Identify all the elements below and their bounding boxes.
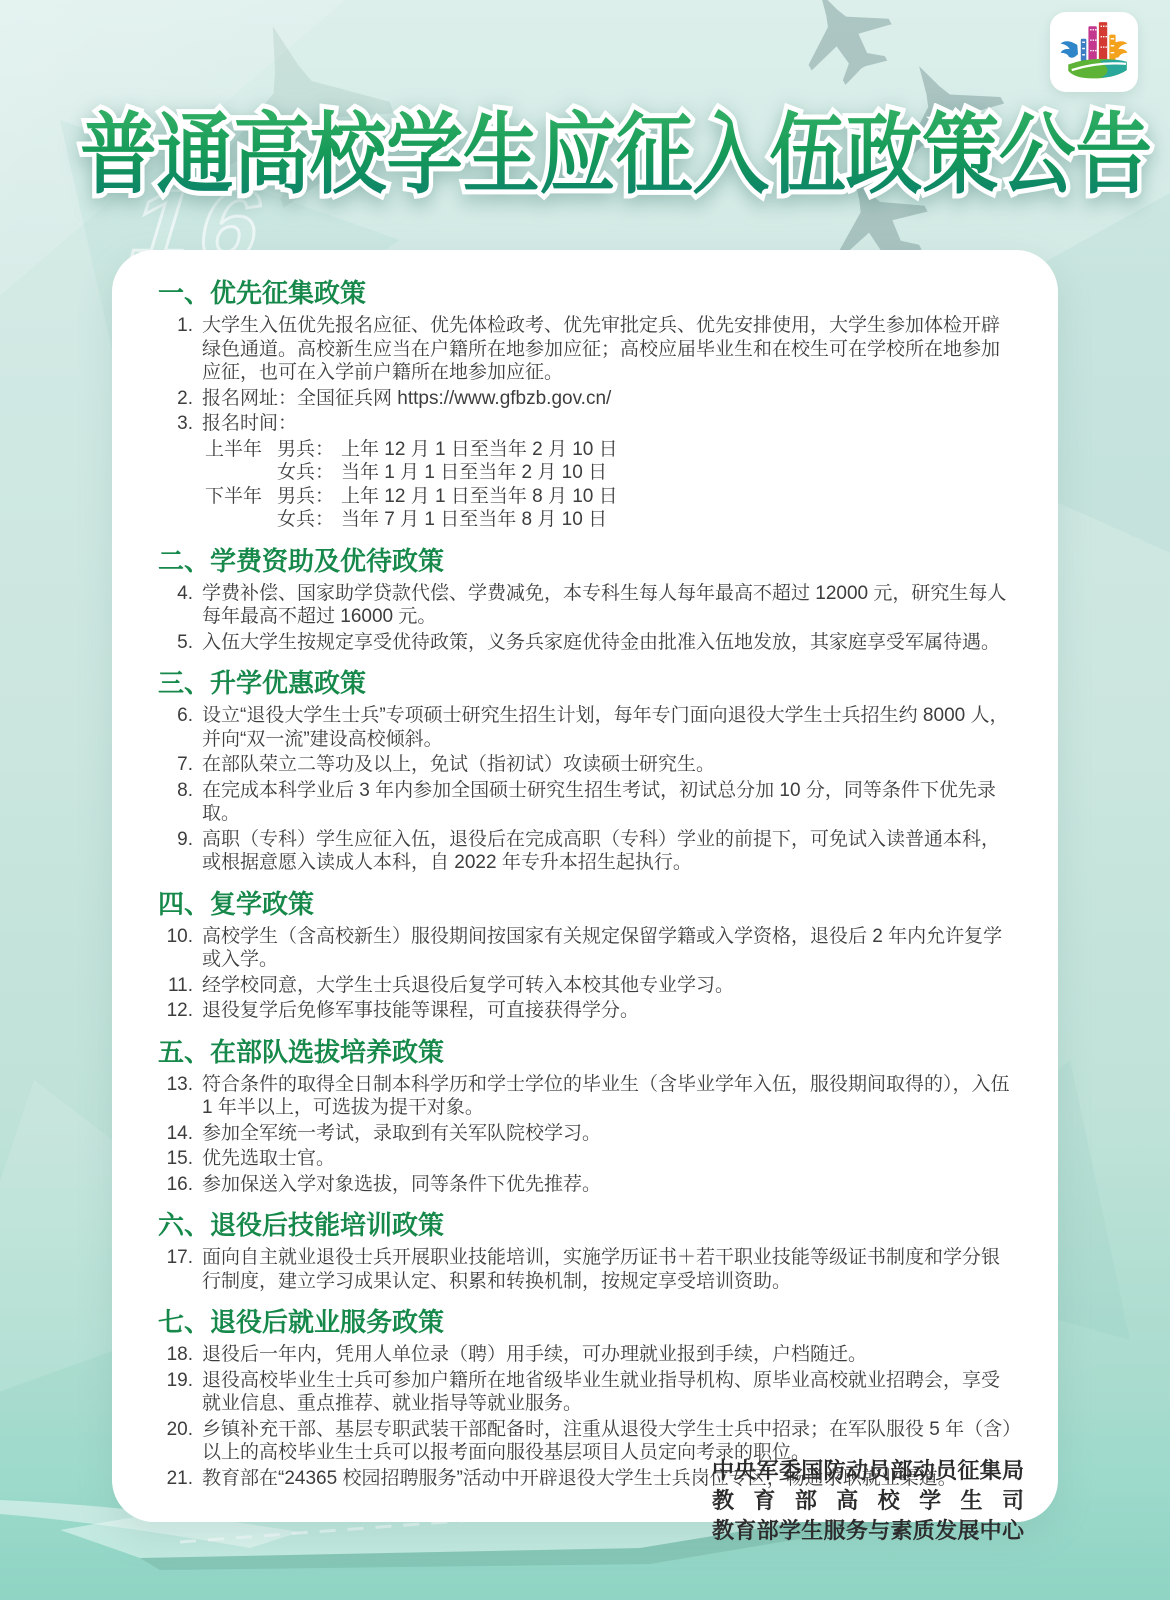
signature-block: 中央军委国防动员部动员征集局 教育部高校学生司 教育部学生服务与素质发展中心 (712, 1456, 1024, 1546)
item-number: 11. (161, 974, 193, 998)
item-text: 在部队荣立二等功及以上，免试（指初试）攻读硕士研究生。 (202, 753, 1012, 777)
item-number: 4. (161, 582, 193, 629)
item-text: 大学生入伍优先报名应征、优先体检政考、优先审批定兵、优先安排使用，大学生参加体检… (202, 314, 1012, 385)
page-title-text: 普通高校学生应征入伍政策公告 (80, 105, 1152, 204)
item-text: 符合条件的取得全日制本科学历和学士学位的毕业生（含毕业学年入伍，服役期间取得的）… (202, 1073, 1012, 1120)
section-heading: 二、学费资助及优待政策 (158, 546, 1012, 576)
policy-section: 一、优先征集政策 1.大学生入伍优先报名应征、优先体检政考、优先审批定兵、优先安… (158, 278, 1012, 532)
item-text: 高职（专科）学生应征入伍，退役后在完成高职（专科）学业的前提下，可免试入读普通本… (202, 828, 1012, 875)
policy-section: 五、在部队选拔培养政策 13.符合条件的取得全日制本科学历和学士学位的毕业生（含… (158, 1037, 1012, 1197)
schedule-period: 上半年 (205, 438, 277, 462)
schedule-period: 下半年 (205, 485, 277, 509)
item-number: 15. (161, 1147, 193, 1171)
signup-schedule: 上半年男兵：上年 12 月 1 日至当年 2 月 10 日女兵：当年 1 月 1… (205, 438, 1012, 532)
item-number: 12. (161, 999, 193, 1023)
policy-item: 11.经学校同意，大学生士兵退役后复学可转入本校其他专业学习。 (161, 974, 1012, 998)
schedule-dates: 当年 1 月 1 日至当年 2 月 10 日 (341, 461, 607, 485)
policy-item: 15.优先选取士官。 (161, 1147, 1012, 1171)
policy-item: 3.报名时间： (161, 412, 1012, 436)
item-text: 退役复学后免修军事技能等课程，可直接获得学分。 (202, 999, 1012, 1023)
item-text: 退役高校毕业生士兵可参加户籍所在地省级毕业生就业指导机构、原毕业高校就业招聘会，… (202, 1369, 1012, 1416)
sections: 一、优先征集政策 1.大学生入伍优先报名应征、优先体检政考、优先审批定兵、优先安… (158, 278, 1012, 1490)
schedule-dates: 上年 12 月 1 日至当年 2 月 10 日 (341, 438, 618, 462)
schedule-dates: 上年 12 月 1 日至当年 8 月 10 日 (341, 485, 618, 509)
schedule-row: 女兵：当年 7 月 1 日至当年 8 月 10 日 (205, 508, 1012, 532)
item-number: 19. (161, 1369, 193, 1416)
item-text: 报名网址：全国征兵网 https://www.gfbzb.gov.cn/ (202, 387, 1012, 411)
policy-section: 二、学费资助及优待政策 4.学费补偿、国家助学贷款代偿、学费减免，本专科生每人每… (158, 546, 1012, 655)
policy-item: 1.大学生入伍优先报名应征、优先体检政考、优先审批定兵、优先安排使用，大学生参加… (161, 314, 1012, 385)
schedule-period (205, 461, 277, 485)
item-number: 3. (161, 412, 193, 436)
item-number: 9. (161, 828, 193, 875)
policy-item: 18.退役后一年内，凭用人单位录（聘）用手续，可办理就业报到手续，户档随迁。 (161, 1343, 1012, 1367)
item-text: 参加保送入学对象选拔，同等条件下优先推荐。 (202, 1173, 1012, 1197)
campus-city-wings-logo-icon (1059, 20, 1129, 84)
section-heading: 一、优先征集政策 (158, 278, 1012, 308)
schedule-gender: 女兵： (277, 461, 341, 485)
schedule-gender: 男兵： (277, 438, 341, 462)
section-heading: 五、在部队选拔培养政策 (158, 1037, 1012, 1067)
section-heading: 七、退役后就业服务政策 (158, 1307, 1012, 1337)
policy-section: 三、升学优惠政策 6.设立“退役大学生士兵”专项硕士研究生招生计划，每年专门面向… (158, 668, 1012, 875)
policy-item: 9.高职（专科）学生应征入伍，退役后在完成高职（专科）学业的前提下，可免试入读普… (161, 828, 1012, 875)
item-text: 退役后一年内，凭用人单位录（聘）用手续，可办理就业报到手续，户档随迁。 (202, 1343, 1012, 1367)
section-heading: 四、复学政策 (158, 889, 1012, 919)
item-number: 10. (161, 925, 193, 972)
section-items: 13.符合条件的取得全日制本科学历和学士学位的毕业生（含毕业学年入伍，服役期间取… (158, 1073, 1012, 1197)
section-items: 1.大学生入伍优先报名应征、优先体检政考、优先审批定兵、优先安排使用，大学生参加… (158, 314, 1012, 532)
poster: { "title": "普通高校学生应征入伍政策公告", "watermark"… (0, 0, 1170, 1600)
schedule-row: 上半年男兵：上年 12 月 1 日至当年 2 月 10 日 (205, 438, 1012, 462)
policy-section: 六、退役后技能培训政策 17.面向自主就业退役士兵开展职业技能培训，实施学历证书… (158, 1210, 1012, 1293)
item-number: 18. (161, 1343, 193, 1367)
policy-item: 2.报名网址：全国征兵网 https://www.gfbzb.gov.cn/ (161, 387, 1012, 411)
item-text: 学费补偿、国家助学贷款代偿、学费减免，本专科生每人每年最高不超过 12000 元… (202, 582, 1012, 629)
policy-item: 5.入伍大学生按规定享受优待政策，义务兵家庭优待金由批准入伍地发放，其家庭享受军… (161, 631, 1012, 655)
item-text: 优先选取士官。 (202, 1147, 1012, 1171)
signature-line: 教育部高校学生司 (712, 1486, 1024, 1516)
schedule-gender: 女兵： (277, 508, 341, 532)
policy-item: 6.设立“退役大学生士兵”专项硕士研究生招生计划，每年专门面向退役大学生士兵招生… (161, 704, 1012, 751)
signature-line: 中央军委国防动员部动员征集局 (712, 1456, 1024, 1486)
item-text: 经学校同意，大学生士兵退役后复学可转入本校其他专业学习。 (202, 974, 1012, 998)
item-text: 设立“退役大学生士兵”专项硕士研究生招生计划，每年专门面向退役大学生士兵招生约 … (202, 704, 1012, 751)
item-number: 20. (161, 1418, 193, 1465)
policy-item: 7.在部队荣立二等功及以上，免试（指初试）攻读硕士研究生。 (161, 753, 1012, 777)
item-number: 7. (161, 753, 193, 777)
content-card: 一、优先征集政策 1.大学生入伍优先报名应征、优先体检政考、优先审批定兵、优先安… (112, 250, 1058, 1522)
policy-item: 16.参加保送入学对象选拔，同等条件下优先推荐。 (161, 1173, 1012, 1197)
policy-item: 10.高校学生（含高校新生）服役期间按国家有关规定保留学籍或入学资格，退役后 2… (161, 925, 1012, 972)
item-text: 入伍大学生按规定享受优待政策，义务兵家庭优待金由批准入伍地发放，其家庭享受军属待… (202, 631, 1012, 655)
item-number: 14. (161, 1122, 193, 1146)
section-heading: 六、退役后技能培训政策 (158, 1210, 1012, 1240)
policy-item: 14.参加全军统一考试，录取到有关军队院校学习。 (161, 1122, 1012, 1146)
item-number: 17. (161, 1246, 193, 1293)
schedule-row: 下半年男兵：上年 12 月 1 日至当年 8 月 10 日 (205, 485, 1012, 509)
emblem-card (1050, 12, 1138, 92)
schedule-dates: 当年 7 月 1 日至当年 8 月 10 日 (341, 508, 607, 532)
item-text: 面向自主就业退役士兵开展职业技能培训，实施学历证书＋若干职业技能等级证书制度和学… (202, 1246, 1012, 1293)
policy-item: 17.面向自主就业退役士兵开展职业技能培训，实施学历证书＋若干职业技能等级证书制… (161, 1246, 1012, 1293)
item-number: 16. (161, 1173, 193, 1197)
policy-item: 19.退役高校毕业生士兵可参加户籍所在地省级毕业生就业指导机构、原毕业高校就业招… (161, 1369, 1012, 1416)
schedule-period (205, 508, 277, 532)
section-items: 4.学费补偿、国家助学贷款代偿、学费减免，本专科生每人每年最高不超过 12000… (158, 582, 1012, 655)
policy-section: 四、复学政策 10.高校学生（含高校新生）服役期间按国家有关规定保留学籍或入学资… (158, 889, 1012, 1023)
item-text: 报名时间： (202, 412, 1012, 436)
item-number: 8. (161, 779, 193, 826)
schedule-gender: 男兵： (277, 485, 341, 509)
page-title: 普通高校学生应征入伍政策公告 普通高校学生应征入伍政策公告 (0, 104, 1170, 205)
section-items: 6.设立“退役大学生士兵”专项硕士研究生招生计划，每年专门面向退役大学生士兵招生… (158, 704, 1012, 875)
schedule-row: 女兵：当年 1 月 1 日至当年 2 月 10 日 (205, 461, 1012, 485)
section-items: 10.高校学生（含高校新生）服役期间按国家有关规定保留学籍或入学资格，退役后 2… (158, 925, 1012, 1023)
section-items: 17.面向自主就业退役士兵开展职业技能培训，实施学历证书＋若干职业技能等级证书制… (158, 1246, 1012, 1293)
item-text: 参加全军统一考试，录取到有关军队院校学习。 (202, 1122, 1012, 1146)
policy-item: 8.在完成本科学业后 3 年内参加全国硕士研究生招生考试，初试总分加 10 分，… (161, 779, 1012, 826)
item-number: 13. (161, 1073, 193, 1120)
item-text: 高校学生（含高校新生）服役期间按国家有关规定保留学籍或入学资格，退役后 2 年内… (202, 925, 1012, 972)
item-number: 6. (161, 704, 193, 751)
policy-item: 12.退役复学后免修军事技能等课程，可直接获得学分。 (161, 999, 1012, 1023)
item-number: 21. (161, 1467, 193, 1491)
item-number: 1. (161, 314, 193, 385)
signature-line: 教育部学生服务与素质发展中心 (712, 1516, 1024, 1546)
item-number: 2. (161, 387, 193, 411)
item-number: 5. (161, 631, 193, 655)
policy-item: 4.学费补偿、国家助学贷款代偿、学费减免，本专科生每人每年最高不超过 12000… (161, 582, 1012, 629)
section-heading: 三、升学优惠政策 (158, 668, 1012, 698)
policy-item: 13.符合条件的取得全日制本科学历和学士学位的毕业生（含毕业学年入伍，服役期间取… (161, 1073, 1012, 1120)
item-text: 在完成本科学业后 3 年内参加全国硕士研究生招生考试，初试总分加 10 分，同等… (202, 779, 1012, 826)
